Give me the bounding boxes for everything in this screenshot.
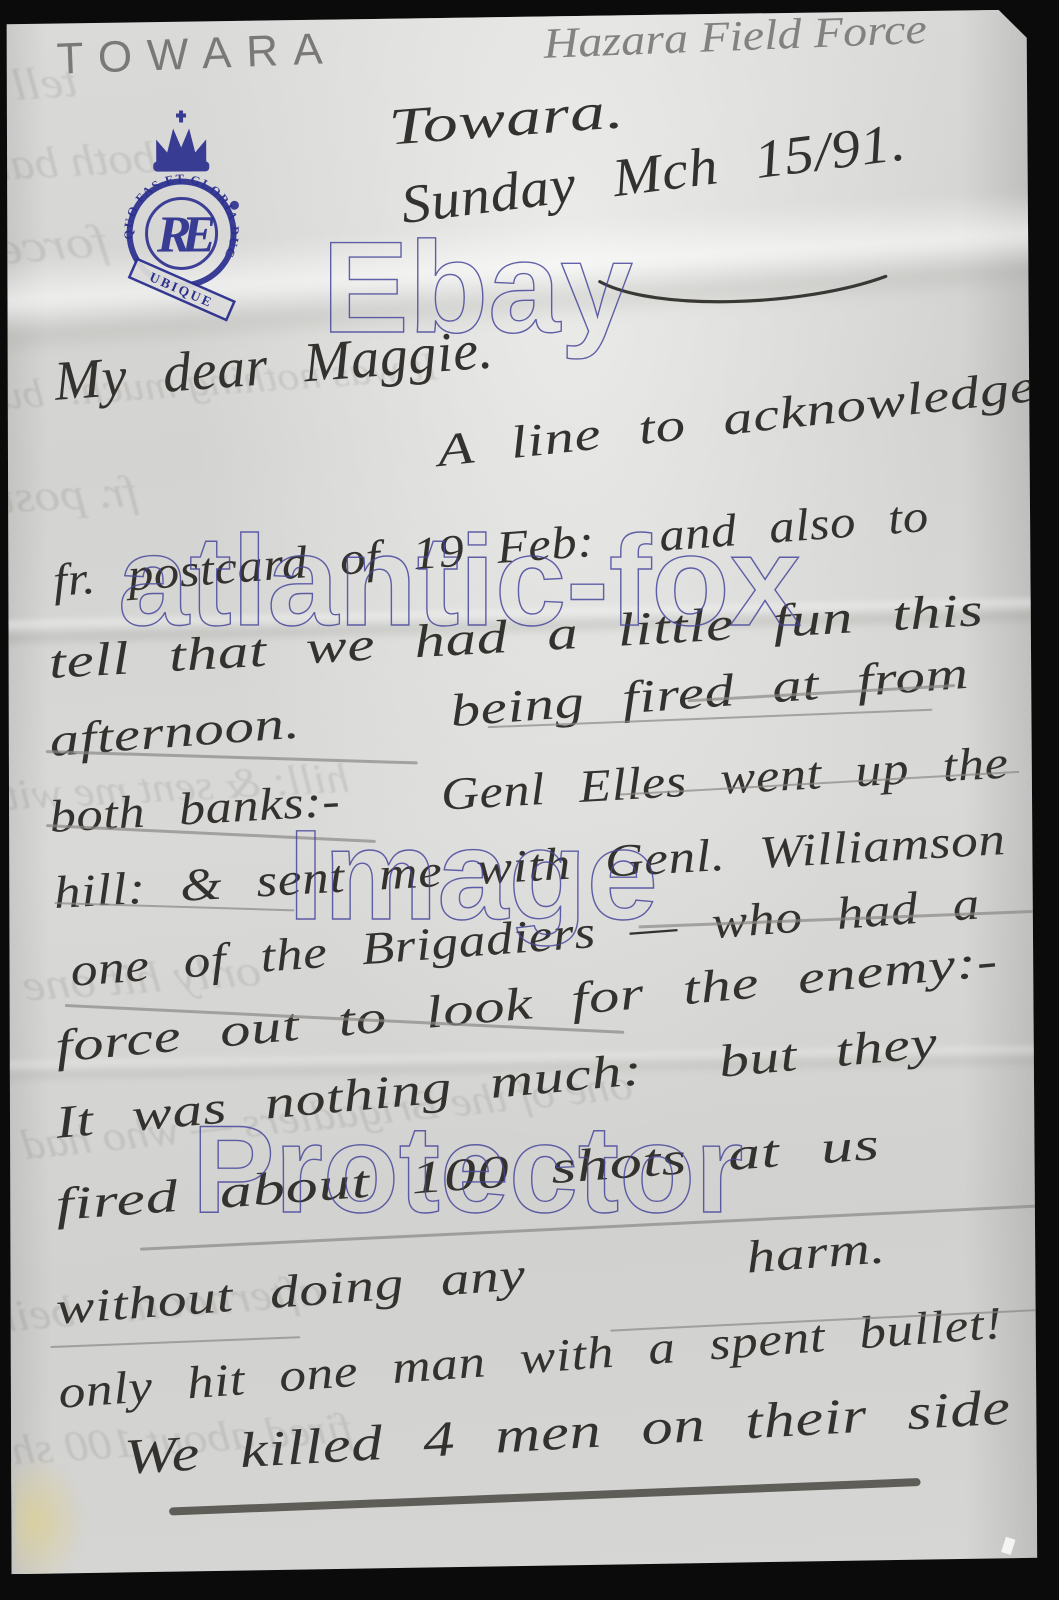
pencil-annotation-towara: TOWARA xyxy=(56,24,338,85)
ghost-line: force out to look for the enemy:- xyxy=(5,214,112,322)
letter-place: Towara. xyxy=(387,81,626,157)
watermark-ebay: Ebay xyxy=(322,222,633,352)
pencil-underline xyxy=(50,1336,300,1348)
photo-background: tell that we had a little fun this both … xyxy=(0,0,1059,1600)
watermark-seller: atlantic-fox xyxy=(118,518,801,646)
heavy-underline xyxy=(169,1478,921,1516)
pencil-annotation-hazara-field-force: Hazara Field Force xyxy=(543,10,928,69)
paper-speck xyxy=(1001,1537,1015,1555)
date-flourish xyxy=(594,262,894,315)
crest-monogram: RE xyxy=(156,206,215,263)
watermark-image: Image xyxy=(288,812,658,940)
letter-line: A line to acknowledge xyxy=(434,359,1037,477)
crown-icon xyxy=(153,110,209,171)
regiment-crest: QUO FAS ET GLORIA DUCUNT RE UBIQUE xyxy=(105,109,258,328)
watermark-protector: Protector xyxy=(192,1108,743,1232)
